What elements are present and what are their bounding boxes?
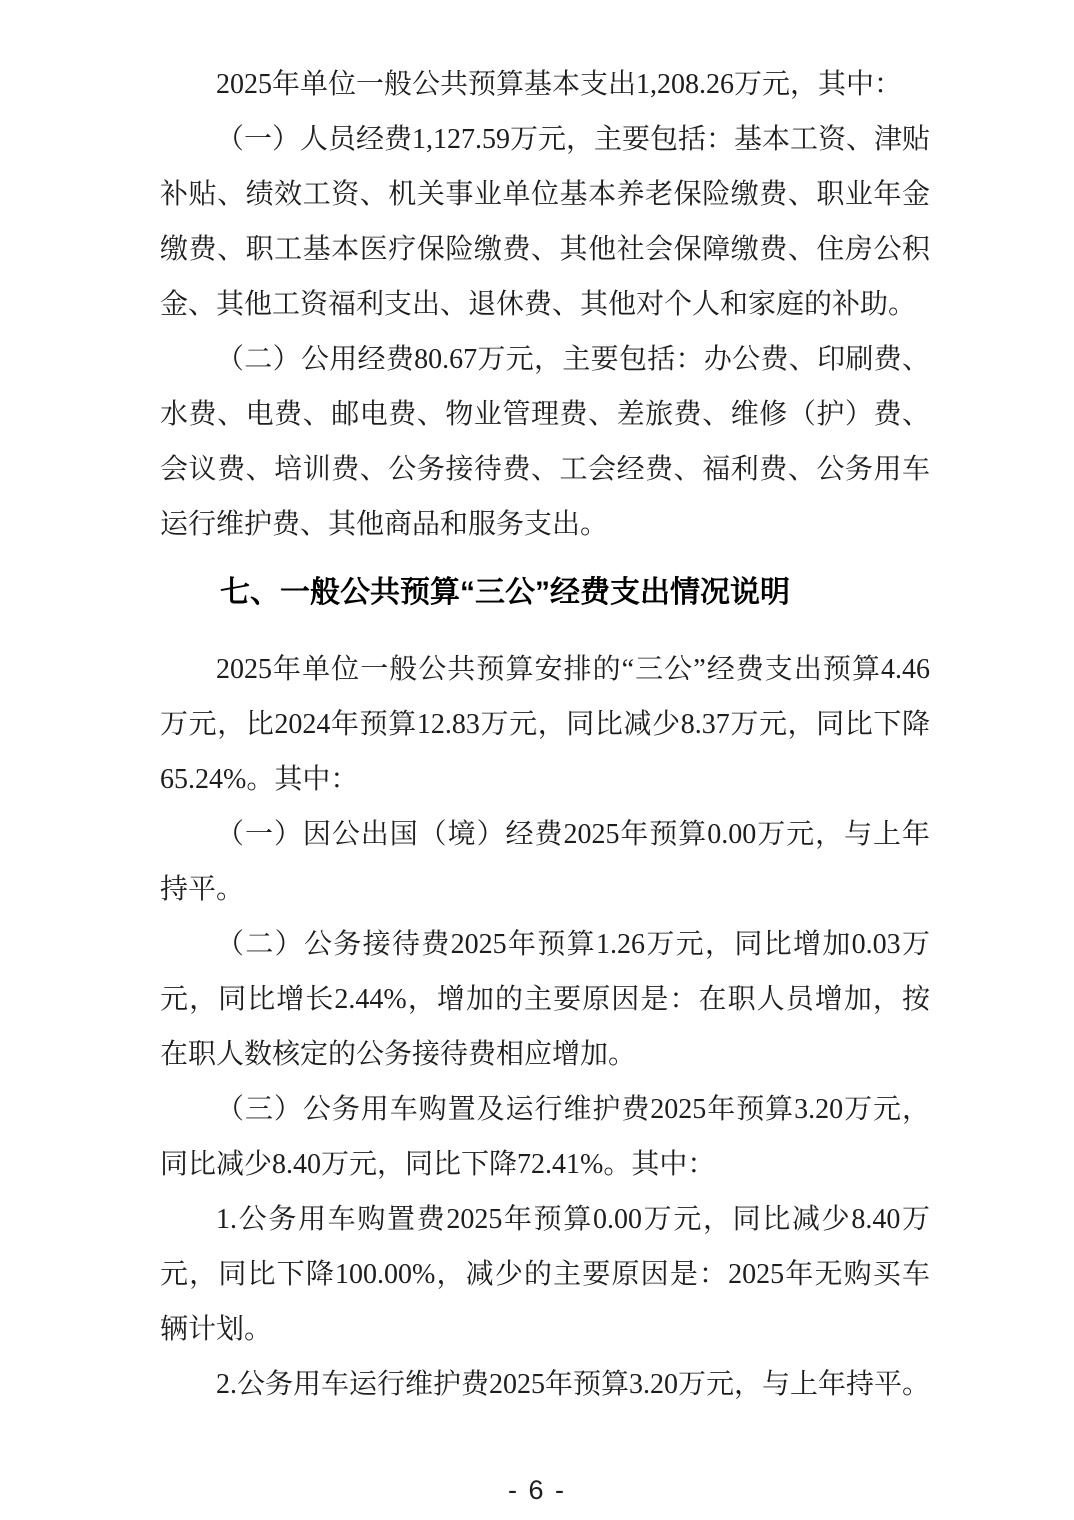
document-page: 2025年单位一般公共预算基本支出1,208.26万元，其中： （一）人员经费1… [0, 0, 1074, 1520]
document-content: 2025年单位一般公共预算基本支出1,208.26万元，其中： （一）人员经费1… [160, 57, 930, 1412]
paragraph-overseas-travel-funds: （一）因公出国（境）经费2025年预算0.00万元，与上年持平。 [160, 807, 930, 917]
paragraph-three-public-funds-total: 2025年单位一般公共预算安排的“三公”经费支出预算4.46万元，比2024年预… [160, 642, 930, 807]
paragraph-vehicle-maintenance-funds: 2.公务用车运行维护费2025年预算3.20万元，与上年持平。 [160, 1357, 930, 1412]
paragraph-vehicle-purchase-funds: 1.公务用车购置费2025年预算0.00万元，同比减少8.40万元，同比下降10… [160, 1192, 930, 1357]
paragraph-public-operating-funds: （二）公用经费80.67万元，主要包括：办公费、印刷费、水费、电费、邮电费、物业… [160, 332, 930, 552]
paragraph-official-reception-funds: （二）公务接待费2025年预算1.26万元，同比增加0.03万元，同比增长2.4… [160, 917, 930, 1082]
paragraph-personnel-funds: （一）人员经费1,127.59万元，主要包括：基本工资、津贴补贴、绩效工资、机关… [160, 112, 930, 332]
page-footer: - 6 - [0, 1475, 1074, 1506]
paragraph-official-vehicle-funds-total: （三）公务用车购置及运行维护费2025年预算3.20万元，同比减少8.40万元，… [160, 1082, 930, 1192]
section-heading-three-public-funds: 七、一般公共预算“三公”经费支出情况说明 [160, 565, 930, 620]
paragraph-basic-expenditure-total: 2025年单位一般公共预算基本支出1,208.26万元，其中： [160, 57, 930, 112]
page-number: - 6 - [508, 1475, 566, 1505]
